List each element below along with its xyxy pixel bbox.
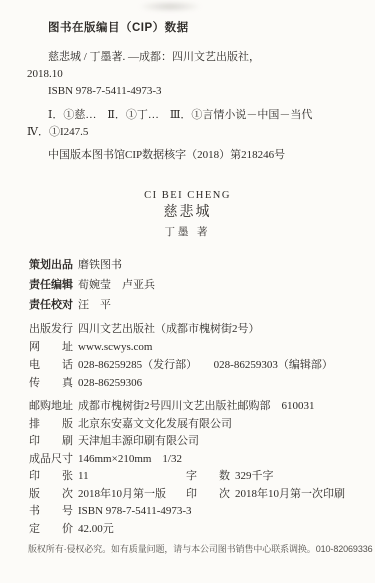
row-label: 定 价 [29, 521, 78, 539]
sheets-wordcount-row: 印 张11 字 数329千字 [29, 468, 375, 486]
credits-row-editor: 责任编辑荀婉莹 卢亚兵 [29, 275, 375, 295]
production-block: 邮购地址成都市槐树街2号四川文艺出版社邮购部 610031 排 版北京东安嘉文文… [29, 398, 375, 538]
row-label: 字 数 [186, 468, 235, 486]
cip-isbn-line: ISBN 978-7-5411-4973-3 [48, 84, 359, 98]
trim-size-row: 成品尺寸146mm×210mm 1/32 [29, 451, 375, 469]
website-row: 网 址www.scwys.com [29, 338, 375, 356]
row-label: 印 张 [29, 468, 78, 486]
book-title: 慈悲城 [0, 205, 375, 221]
row-label: 网 址 [29, 338, 78, 356]
row-label: 电 话 [29, 356, 78, 374]
row-value: 11 [78, 470, 89, 482]
credits-row-proofreader: 责任校对汪 平 [29, 295, 375, 315]
cip-record-number: 中国版本图书馆CIP数据核字（2018）第218246号 [48, 148, 359, 162]
title-block: CI BEI CHENG 慈悲城 丁墨 著 [0, 189, 375, 239]
row-value: 天津旭丰源印刷有限公司 [78, 435, 199, 447]
row-label: 版 次 [29, 486, 78, 504]
row-label: 责任编辑 [29, 275, 78, 295]
website-url: www.scwys.com [78, 341, 152, 353]
publisher-row: 出版发行四川文艺出版社（成都市槐树街2号） [29, 320, 375, 338]
row-value: 329千字 [235, 470, 274, 482]
cip-classification-line-1: Ⅰ．①慈… Ⅱ．①丁… Ⅲ．①言情小说－中国－当代 [48, 108, 359, 122]
row-value: 2018年10月第一次印刷 [235, 488, 345, 500]
row-value: 荀婉莹 卢亚兵 [78, 279, 155, 291]
cip-entry-line-1: 慈悲城 / 丁墨著. —成都：四川文艺出版社， [48, 50, 359, 64]
row-value: 北京东安嘉文文化发展有限公司 [78, 418, 232, 430]
word-count-cell: 字 数329千字 [186, 468, 274, 486]
scan-artifact [138, 1, 202, 12]
row-label: 成品尺寸 [29, 451, 78, 469]
credits-row-producer: 策划出品磨铁图书 [29, 255, 375, 275]
cip-data-block: 图书在版编目（CIP）数据 慈悲城 / 丁墨著. —成都：四川文艺出版社， 20… [27, 21, 359, 162]
row-value: 汪 平 [78, 299, 111, 311]
row-label: 书 号 [29, 503, 78, 521]
book-author: 丁墨 著 [0, 226, 375, 239]
row-label: 出版发行 [29, 320, 78, 338]
row-label: 责任校对 [29, 295, 78, 315]
cip-entry-line-2: 2018.10 [27, 67, 359, 81]
row-value: 028-86259285（发行部） 028-86259303（编辑部） [78, 359, 333, 371]
row-value: 2018年10月第一版 [78, 488, 166, 500]
publisher-block: 出版发行四川文艺出版社（成都市槐树街2号） 网 址www.scwys.com 电… [29, 320, 375, 392]
copyright-notice: 版权所有·侵权必究。如有质量问题，请与本公司图书销售中心联系调换。010-820… [28, 542, 371, 555]
mail-order-row: 邮购地址成都市槐树街2号四川文艺出版社邮购部 610031 [29, 398, 375, 416]
row-label: 策划出品 [29, 255, 78, 275]
row-value: 028-86259306 [78, 377, 142, 389]
row-value: ISBN 978-7-5411-4973-3 [78, 505, 192, 517]
row-value: 四川文艺出版社（成都市槐树街2号） [78, 323, 260, 335]
row-label: 印 次 [186, 486, 235, 504]
row-label: 印 刷 [29, 433, 78, 451]
row-label: 传 真 [29, 374, 78, 392]
printing-row: 印 刷天津旭丰源印刷有限公司 [29, 433, 375, 451]
row-value: 磨铁图书 [78, 259, 122, 271]
cip-heading: 图书在版编目（CIP）数据 [48, 21, 359, 35]
copyright-page: 图书在版编目（CIP）数据 慈悲城 / 丁墨著. —成都：四川文艺出版社， 20… [0, 0, 375, 583]
row-label: 邮购地址 [29, 398, 78, 416]
book-title-pinyin: CI BEI CHENG [0, 189, 375, 202]
cip-classification-line-2: Ⅳ．①I247.5 [27, 125, 359, 139]
fax-row: 传 真028-86259306 [29, 374, 375, 392]
credits-block: 策划出品磨铁图书 责任编辑荀婉莹 卢亚兵 责任校对汪 平 [29, 255, 375, 315]
row-value: 成都市槐树街2号四川文艺出版社邮购部 610031 [78, 400, 315, 412]
typesetting-row: 排 版北京东安嘉文文化发展有限公司 [29, 416, 375, 434]
row-label: 排 版 [29, 416, 78, 434]
row-value: 42.00元 [78, 523, 114, 535]
edition-impression-row: 版 次2018年10月第一版 印 次2018年10月第一次印刷 [29, 486, 375, 504]
isbn-row: 书 号ISBN 978-7-5411-4973-3 [29, 503, 375, 521]
phone-row: 电 话028-86259285（发行部） 028-86259303（编辑部） [29, 356, 375, 374]
impression-cell: 印 次2018年10月第一次印刷 [186, 486, 345, 504]
price-row: 定 价42.00元 [29, 521, 375, 539]
row-value: 146mm×210mm 1/32 [78, 453, 182, 465]
